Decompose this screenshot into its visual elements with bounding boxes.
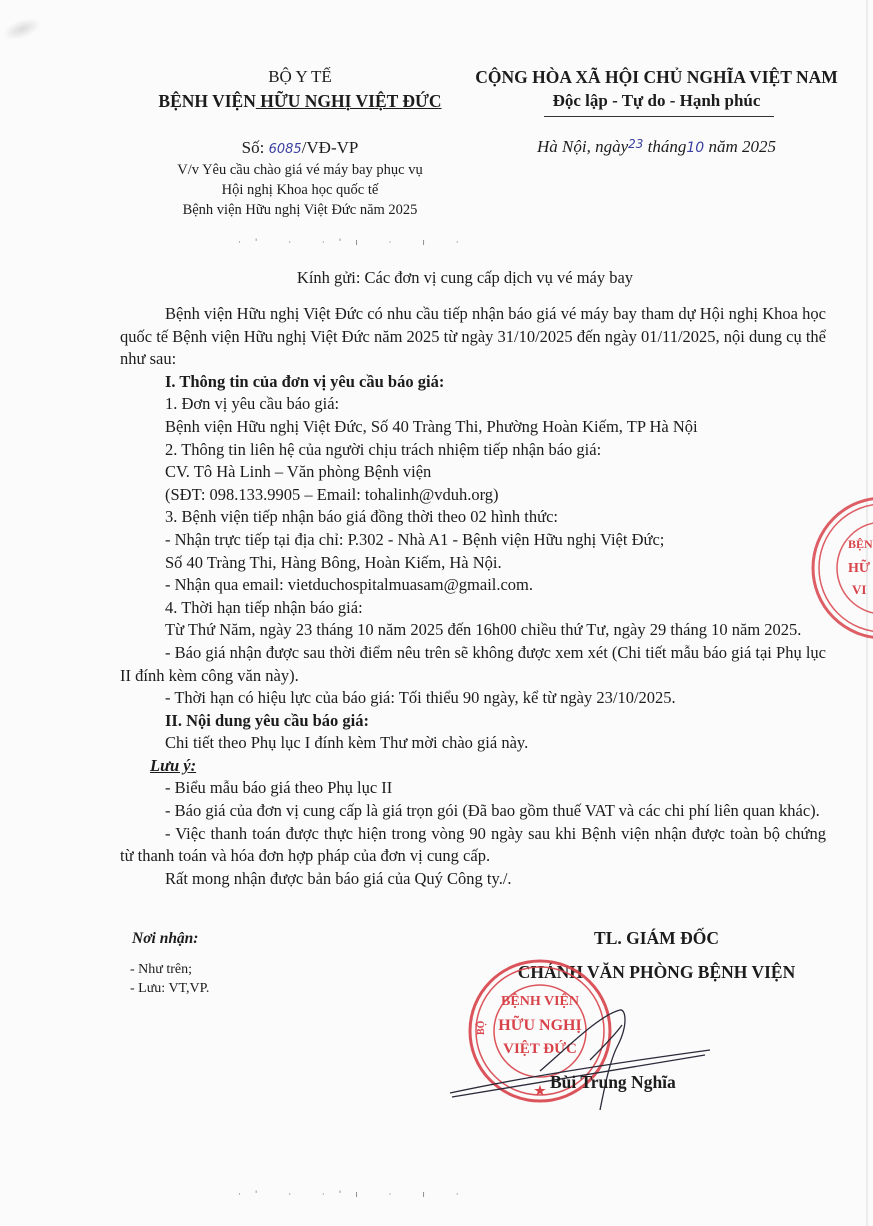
date-day-handwritten: 23 [628, 137, 643, 151]
national-motto: Độc lập - Tự do - Hạnh phúc [440, 91, 873, 111]
document-page: BỘ Y TẾ BỆNH VIỆN HỮU NGHỊ VIỆT ĐỨC Số: … [0, 0, 873, 1226]
recipients-list: - Như trên; - Lưu: VT,VP. [130, 960, 209, 998]
recipients-title: Nơi nhận: [132, 930, 198, 948]
hospital-prefix: BỆNH VIỆN [158, 91, 255, 111]
signer-name: Bùi Trung Nghĩa [550, 1072, 676, 1093]
date-month-handwritten: 10 [686, 140, 704, 156]
subject-line: Bệnh viện Hữu nghị Việt Đức năm 2025 [110, 200, 490, 220]
section-2-text: Chi tiết theo Phụ lục I đính kèm Thư mời… [120, 732, 826, 755]
document-date: Hà Nội, ngày23 tháng10 năm 2025 [440, 137, 873, 157]
edge-stamp-line-3: VI [852, 582, 866, 597]
item-1-title: 1. Đơn vị yêu cầu báo giá: [120, 393, 826, 416]
intro-paragraph: Bệnh viện Hữu nghị Việt Đức có nhu cầu t… [120, 303, 826, 371]
note-3: - Việc thanh toán được thực hiện trong v… [120, 823, 826, 868]
section-1-title: I. Thông tin của đơn vị yêu cầu báo giá: [120, 371, 826, 394]
so-number-handwritten: 6085 [269, 142, 302, 157]
item-4-period: Từ Thứ Năm, ngày 23 tháng 10 năm 2025 đế… [120, 619, 826, 642]
motto-underline [544, 116, 774, 117]
item-2-contact: CV. Tô Hà Linh – Văn phòng Bệnh viện [120, 461, 826, 484]
country-name: CỘNG HÒA XÃ HỘI CHỦ NGHĨA VIỆT NAM [440, 67, 873, 88]
edge-stamp-line-2: HỮ [848, 558, 871, 576]
partial-edge-stamp: BỆN HỮ VI [808, 490, 873, 650]
date-prefix: Hà Nội, ngày [537, 137, 628, 156]
item-2-phone-email: (SĐT: 098.133.9905 – Email: tohalinh@vdu… [120, 484, 826, 507]
date-year: năm 2025 [704, 137, 776, 156]
item-3-title: 3. Bệnh viện tiếp nhận báo giá đồng thời… [120, 506, 826, 529]
edge-stamp-line-1: BỆN [848, 537, 873, 551]
subject-block: V/v Yêu cầu chào giá vé máy bay phục vụ … [110, 160, 490, 220]
subject-line: Hội nghị Khoa học quốc tế [110, 180, 490, 200]
greeting: Kính gửi: Các đơn vị cung cấp dịch vụ vé… [100, 268, 830, 288]
signature-title-1: TL. GIÁM ĐỐC [440, 928, 873, 949]
note-1: - Biểu mẫu báo giá theo Phụ lục II [120, 777, 826, 800]
item-4-late: - Báo giá nhận được sau thời điểm nêu tr… [120, 642, 826, 687]
item-2-title: 2. Thông tin liên hệ của người chịu trác… [120, 439, 826, 462]
scan-smudge [0, 14, 44, 45]
so-suffix: /VĐ-VP [302, 138, 359, 157]
letter-body: Bệnh viện Hữu nghị Việt Đức có nhu cầu t… [120, 303, 826, 890]
closing-line: Rất mong nhận được bản báo giá của Quý C… [120, 868, 826, 891]
hospital-name-underlined: HỮU NGHỊ VIỆT ĐỨC [256, 91, 442, 111]
subject-line: V/v Yêu cầu chào giá vé máy bay phục vụ [110, 160, 490, 180]
section-2-title: II. Nội dung yêu cầu báo giá: [120, 710, 826, 733]
scan-specks-bottom: ·' · ·'ı · ı · [238, 1190, 473, 1200]
ministry-name: BỘ Y TẾ [140, 67, 460, 87]
item-4-validity: - Thời hạn có hiệu lực của báo giá: Tối … [120, 687, 826, 710]
item-3-address: Số 40 Tràng Thi, Hàng Bông, Hoàn Kiếm, H… [120, 552, 826, 575]
item-1-value: Bệnh viện Hữu nghị Việt Đức, Số 40 Tràng… [120, 416, 826, 439]
handwritten-signature [440, 1005, 720, 1115]
date-month-label: tháng [643, 137, 686, 156]
so-label: Số: [242, 138, 269, 157]
note-2: - Báo giá của đơn vị cung cấp là giá trọ… [120, 800, 826, 823]
document-number: Số: 6085/VĐ-VP [140, 138, 460, 158]
note-title: Lưu ý: [120, 755, 826, 778]
recipient-item: - Lưu: VT,VP. [130, 979, 209, 998]
item-4-title: 4. Thời hạn tiếp nhận báo giá: [120, 597, 826, 620]
recipient-item: - Như trên; [130, 960, 209, 979]
scan-specks: ·' · ·'ı · ı · [238, 238, 473, 248]
item-3-email: - Nhận qua email: vietduchospitalmuasam@… [120, 574, 826, 597]
item-3-direct: - Nhận trực tiếp tại địa chỉ: P.302 - Nh… [120, 529, 826, 552]
